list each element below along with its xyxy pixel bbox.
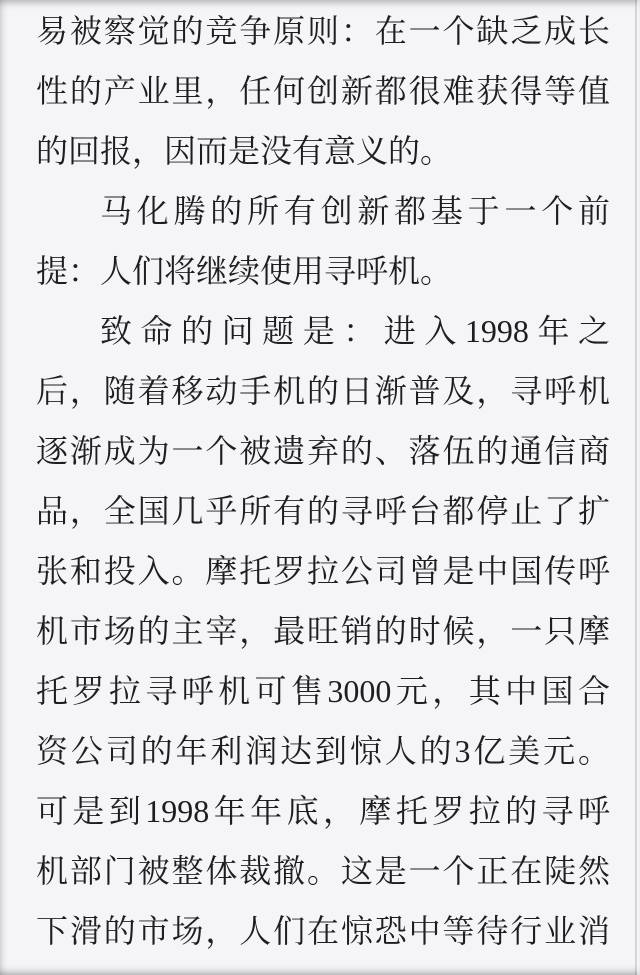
text-line: 易被察觉的竞争原则：在一个缺乏成长 bbox=[36, 1, 610, 61]
text-line: 性的产业里，任何创新都很难获得等值 bbox=[36, 61, 610, 121]
text-line: 致命的问题是：进入1998年之 bbox=[36, 301, 610, 361]
text-line: 托罗拉寻呼机可售3000元，其中国合 bbox=[36, 661, 610, 721]
paragraph: 易被察觉的竞争原则：在一个缺乏成长性的产业里，任何创新都很难获得等值的回报，因而… bbox=[36, 1, 610, 181]
text-line: 提：人们将继续使用寻呼机。 bbox=[36, 241, 610, 301]
text-line: 机市场的主宰，最旺销的时候，一只摩 bbox=[36, 601, 610, 661]
book-text: 易被察觉的竞争原则：在一个缺乏成长性的产业里，任何创新都很难获得等值的回报，因而… bbox=[0, 0, 640, 961]
reader-page[interactable]: 易被察觉的竞争原则：在一个缺乏成长性的产业里，任何创新都很难获得等值的回报，因而… bbox=[0, 0, 640, 975]
text-line: 可是到1998年年底，摩托罗拉的寻呼 bbox=[36, 781, 610, 841]
text-line: 品，全国几乎所有的寻呼台都停止了扩 bbox=[36, 481, 610, 541]
text-line: 逐渐成为一个被遗弃的、落伍的通信商 bbox=[36, 421, 610, 481]
text-line: 张和投入。摩托罗拉公司曾是中国传呼 bbox=[36, 541, 610, 601]
text-line: 马化腾的所有创新都基于一个前 bbox=[36, 181, 610, 241]
text-line: 的回报，因而是没有意义的。 bbox=[36, 121, 610, 181]
text-line: 机部门被整体裁撤。这是一个正在陡然 bbox=[36, 841, 610, 901]
text-line: 下滑的市场，人们在惊恐中等待行业消 bbox=[36, 901, 610, 961]
paragraph: 马化腾的所有创新都基于一个前提：人们将继续使用寻呼机。 bbox=[36, 181, 610, 301]
paragraph: 致命的问题是：进入1998年之后，随着移动手机的日渐普及，寻呼机逐渐成为一个被遗… bbox=[36, 301, 610, 961]
text-line: 资公司的年利润达到惊人的3亿美元。 bbox=[36, 721, 610, 781]
text-line: 后，随着移动手机的日渐普及，寻呼机 bbox=[36, 361, 610, 421]
